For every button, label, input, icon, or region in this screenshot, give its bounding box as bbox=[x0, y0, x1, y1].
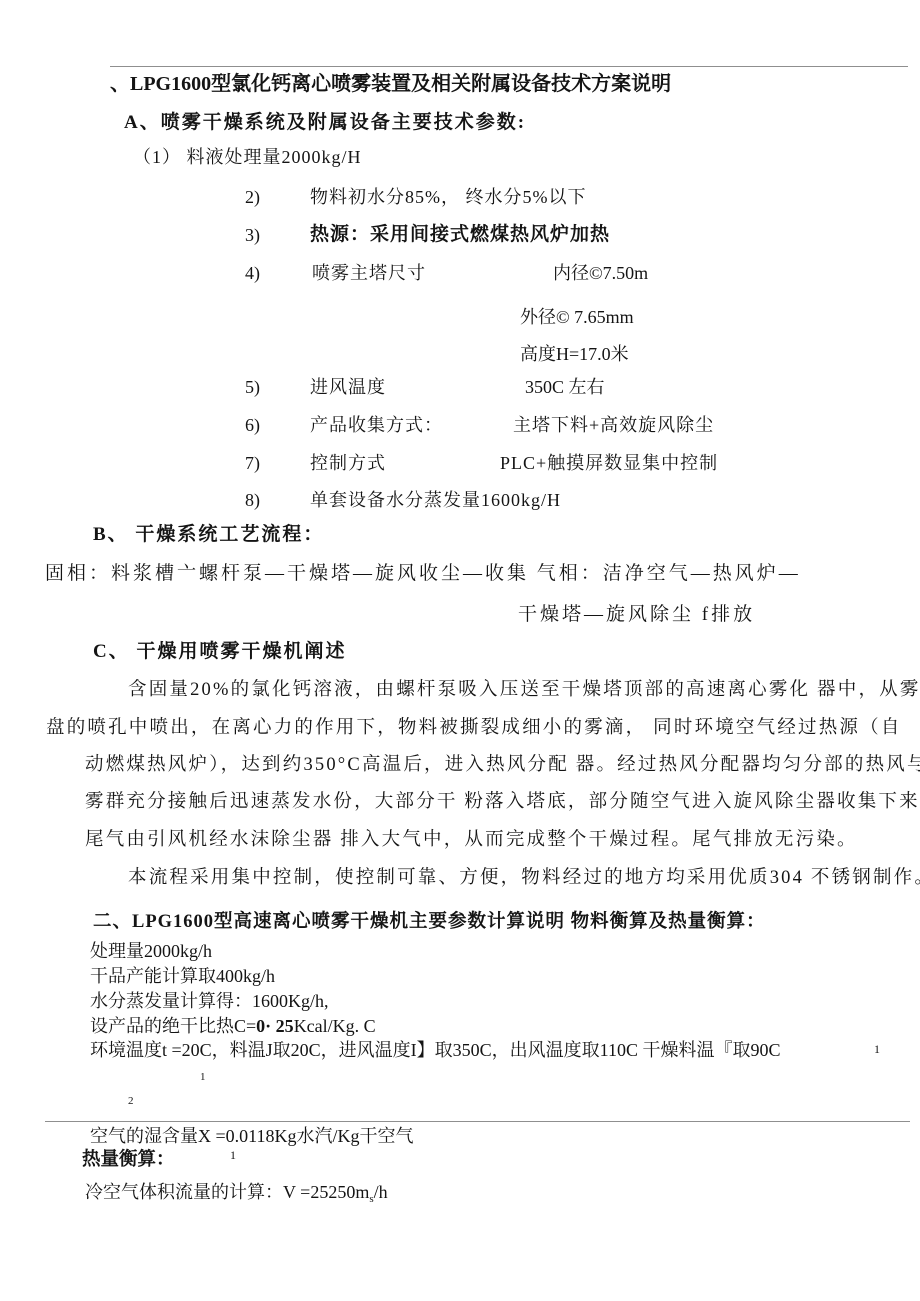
para-line-3: 动燃煤热风炉），达到约350°C高温后，进入热风分配 器。经过热风分配器均匀分部… bbox=[85, 755, 920, 776]
param-row-4-num: 4) bbox=[245, 263, 260, 284]
temperature-superscript: 1 bbox=[874, 1042, 880, 1057]
param-row-8-label: 单套设备水分蒸发量1600kg/H bbox=[310, 490, 561, 511]
heat-balance-superscript: 1 bbox=[230, 1148, 236, 1163]
para-line-5: 尾气由引风机经水沫除尘器 排入大气中，从而完成整个干燥过程。尾气排放无污染。 bbox=[85, 830, 858, 851]
top-rule bbox=[110, 66, 908, 67]
param-row-5-label: 进风温度 bbox=[310, 377, 386, 398]
specific-heat-suffix: Kcal/Kg. C bbox=[294, 1016, 376, 1036]
heading-section2: 二、LPG1600型高速离心喷雾干燥机主要参数计算说明 物料衡算及热量衡算： bbox=[93, 912, 766, 933]
calc-line-cold-air: 冷空气体积流量的计算：V =25250ms/h bbox=[85, 1182, 388, 1206]
param-item-1: （1） 料液处理量2000kg/H bbox=[133, 147, 362, 168]
section-divider-rule bbox=[45, 1121, 910, 1122]
param-row-3-num: 3) bbox=[245, 225, 260, 246]
param-row-2-num: 2) bbox=[245, 187, 260, 208]
para-line-2: 盘的喷孔中喷出，在离心力的作用下，物料被撕裂成细小的雾滴， 同时环境空气经过热源… bbox=[46, 718, 902, 739]
param-row-5-num: 5) bbox=[245, 377, 260, 398]
flow-line-1: 固相：料浆槽亠螺杆泵—干燥塔—旋风收尘—收集 气相：洁净空气—热风炉— bbox=[45, 563, 801, 585]
param-row-2-label: 物料初水分85%， 终水分5%以下 bbox=[310, 187, 587, 208]
orphan-subscript-1: 1 bbox=[200, 1071, 206, 1083]
calc-line-evaporation: 水分蒸发量计算得：1600Kg/h, bbox=[90, 991, 329, 1012]
heading-c: C、 干燥用喷雾干燥机阐述 bbox=[93, 641, 346, 663]
param-row-height: 高度H=17.0米 bbox=[520, 344, 629, 365]
orphan-subscript-2: 2 bbox=[128, 1095, 134, 1107]
para-line-6: 本流程采用集中控制，使控制可靠、方便，物料经过的地方均采用优质304 不锈钢制作… bbox=[128, 868, 920, 889]
calc-line-humidity: 空气的湿含量X =0.0118Kg水汽/Kg干空气 bbox=[90, 1126, 413, 1147]
param-row-7-value: PLC+触摸屏数显集中控制 bbox=[500, 453, 718, 474]
param-row-6-num: 6) bbox=[245, 415, 260, 436]
param-row-3-label: 热源：采用间接式燃煤热风炉加热 bbox=[310, 224, 610, 246]
param-row-4-value: 内径©7.50m bbox=[553, 263, 648, 284]
param-row-8-num: 8) bbox=[245, 490, 260, 511]
heat-balance-heading: 热量衡算： bbox=[82, 1150, 175, 1171]
param-row-4-label: 喷雾主塔尺寸 bbox=[312, 263, 426, 284]
calc-line-throughput: 处理量2000kg/h bbox=[90, 941, 212, 962]
para-line-4: 雾群充分接触后迅速蒸发水份，大部分干 粉落入塔底，部分随空气进入旋风除尘器收集下… bbox=[85, 792, 920, 813]
param-row-6-label: 产品收集方式： bbox=[310, 415, 443, 436]
cold-air-suffix: /h bbox=[374, 1182, 388, 1202]
para-line-1: 含固量20%的氯化钙溶液，由螺杆泵吸入压送至干燥塔顶部的高速离心雾化 器中，从雾… bbox=[128, 680, 920, 701]
cold-air-prefix: 冷空气体积流量的计算：V =25250m bbox=[85, 1182, 369, 1202]
param-row-6-value: 主塔下料+高效旋风除尘 bbox=[513, 415, 714, 436]
heading-b: B、 干燥系统工艺流程： bbox=[93, 524, 324, 546]
specific-heat-value: 0· 25 bbox=[256, 1016, 294, 1036]
param-row-5-value: 350C 左右 bbox=[525, 377, 605, 398]
param-row-outer-diameter: 外径© 7.65mm bbox=[520, 307, 634, 328]
param-row-7-num: 7) bbox=[245, 453, 260, 474]
specific-heat-prefix: 设产品的绝干比热C= bbox=[90, 1016, 256, 1036]
calc-line-temperatures: 环境温度t =20C，料温J取20C，进风温度I】取350C，出风温度取110C… bbox=[90, 1040, 781, 1061]
calc-line-dry-capacity: 干品产能计算取400kg/h bbox=[90, 966, 275, 987]
flow-line-2: 干燥塔—旋风除尘 f排放 bbox=[518, 604, 755, 626]
doc-title: 、LPG1600型氯化钙离心喷雾装置及相关附属设备技术方案说明 bbox=[110, 73, 671, 96]
heading-a: A、喷雾干燥系统及附属设备主要技术参数: bbox=[124, 112, 526, 134]
document-page: 、LPG1600型氯化钙离心喷雾装置及相关附属设备技术方案说明 A、喷雾干燥系统… bbox=[0, 0, 920, 1301]
param-row-7-label: 控制方式 bbox=[310, 453, 386, 474]
calc-line-specific-heat: 设产品的绝干比热C=0· 25Kcal/Kg. C bbox=[90, 1016, 376, 1037]
